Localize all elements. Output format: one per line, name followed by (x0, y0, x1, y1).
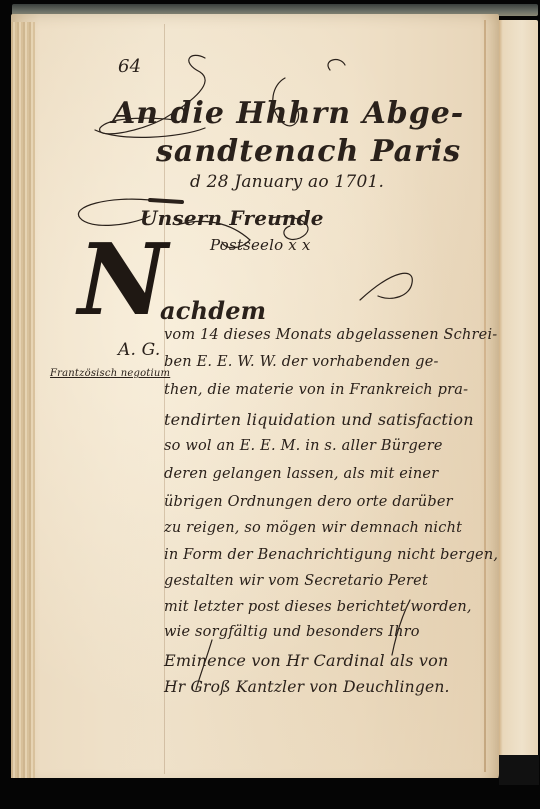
body-line: mit letzter post dieses berichtet worden… (164, 599, 472, 615)
body-line: tendirten liquidation und satisfaction (164, 410, 474, 429)
body-line: then, die materie von in Frankreich pra- (164, 382, 468, 398)
body-line: vom 14 dieses Monats abgelassenen Schrei… (164, 327, 497, 343)
scan-background-bottom (11, 778, 499, 809)
address-heading-line-2: sandtenach Paris (156, 134, 461, 169)
body-line: übrigen Ordnungen dero orte darüber (164, 494, 453, 510)
margin-note-initials: A. G. (118, 340, 160, 360)
body-line: Hr Groß Kantzler von Deuchlingen. (164, 678, 450, 696)
body-line: ben E. E. W. W. der vorhabenden ge- (164, 354, 439, 370)
body-line: achdem wir neulichen bey letzterer (230, 300, 498, 316)
address-heading-line-1: An die Hhhrn Abge- (112, 96, 464, 131)
facing-leaf-shadow (497, 755, 539, 785)
salutation-line-2: Postseelo x x (210, 236, 311, 254)
body-line: zu reigen, so mögen wir demnach nicht (164, 520, 462, 536)
body-line: so wol an E. E. M. in s. aller Bürgere (164, 438, 443, 454)
page-edge-stack (11, 22, 35, 782)
folio-number: 64 (118, 56, 141, 77)
body-line: Eminence von Hr Cardinal als von (164, 651, 448, 670)
date-line: d 28 January ao 1701. (190, 172, 384, 192)
gutter-fold-line (484, 20, 486, 772)
body-line: wie sorgfältig und besonders Ihro (164, 624, 420, 640)
body-line: gestalten wir vom Secretario Peret (164, 573, 428, 589)
decorated-initial-letter: N (78, 232, 168, 330)
body-line: deren gelangen lassen, als mit einer (164, 466, 438, 482)
body-line: in Form der Benachrichtigung nicht berge… (164, 547, 498, 563)
manuscript-scan: 64 An die Hhhrn Abge- sandtenach Paris d… (0, 0, 540, 809)
facing-leaf-right (497, 20, 538, 768)
margin-note-subject: Frantzösisch negotium (50, 368, 170, 379)
